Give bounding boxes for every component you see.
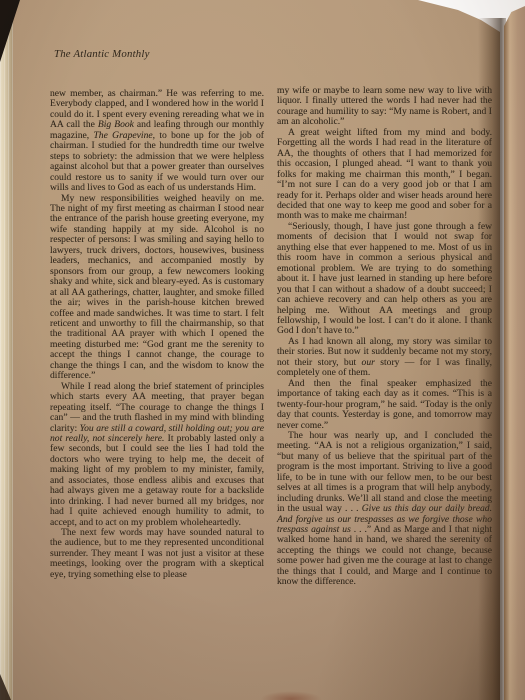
paragraph: “Seriously, though, I have just gone thr… <box>277 222 492 337</box>
paragraph: The next few words may have sounded natu… <box>50 528 264 580</box>
facing-page-edge <box>504 0 525 700</box>
running-head: The Atlantic Monthly <box>54 48 150 60</box>
paragraph: And then the final speaker emphasized th… <box>277 379 492 431</box>
body-text: The hour was nearly up, and I concluded … <box>277 430 492 514</box>
body-text: It probably lasted only a few seconds, b… <box>50 433 264 528</box>
book-photo: The Atlantic Monthly new member, as chai… <box>0 0 525 700</box>
italic-text: Big Book <box>98 119 134 130</box>
body-text: And then the final speaker emphasized th… <box>277 378 492 431</box>
body-text: my wife or maybe to learn some new way t… <box>277 85 492 127</box>
bottom-edge-shadow <box>260 691 322 700</box>
page-stack-edges <box>0 0 14 700</box>
paragraph: As I had known all along, my story was s… <box>277 337 492 379</box>
paragraph: A great weight lifted from my mind and b… <box>277 128 492 222</box>
paragraph: my wife or maybe to learn some new way t… <box>277 86 492 128</box>
left-column: new member, as chairman.” He was referri… <box>50 89 264 580</box>
paragraph: new member, as chairman.” He was referri… <box>50 89 264 194</box>
body-text: . . .” And as Marge and I that night wal… <box>277 524 492 587</box>
paragraph: My new responsibilities weighed heavily … <box>50 194 264 382</box>
right-column: my wife or maybe to learn some new way t… <box>277 86 492 588</box>
body-text: The next few words may have sounded natu… <box>50 527 264 580</box>
body-text: “Seriously, though, I have just gone thr… <box>277 221 492 337</box>
body-text: My new responsibilities weighed heavily … <box>50 193 264 382</box>
paragraph: While I read along the brief statement o… <box>50 382 264 528</box>
body-text: A great weight lifted from my mind and b… <box>277 127 492 222</box>
body-text: to bone up for the job of chairman. I st… <box>50 130 264 193</box>
paragraph: The hour was nearly up, and I concluded … <box>277 431 492 588</box>
